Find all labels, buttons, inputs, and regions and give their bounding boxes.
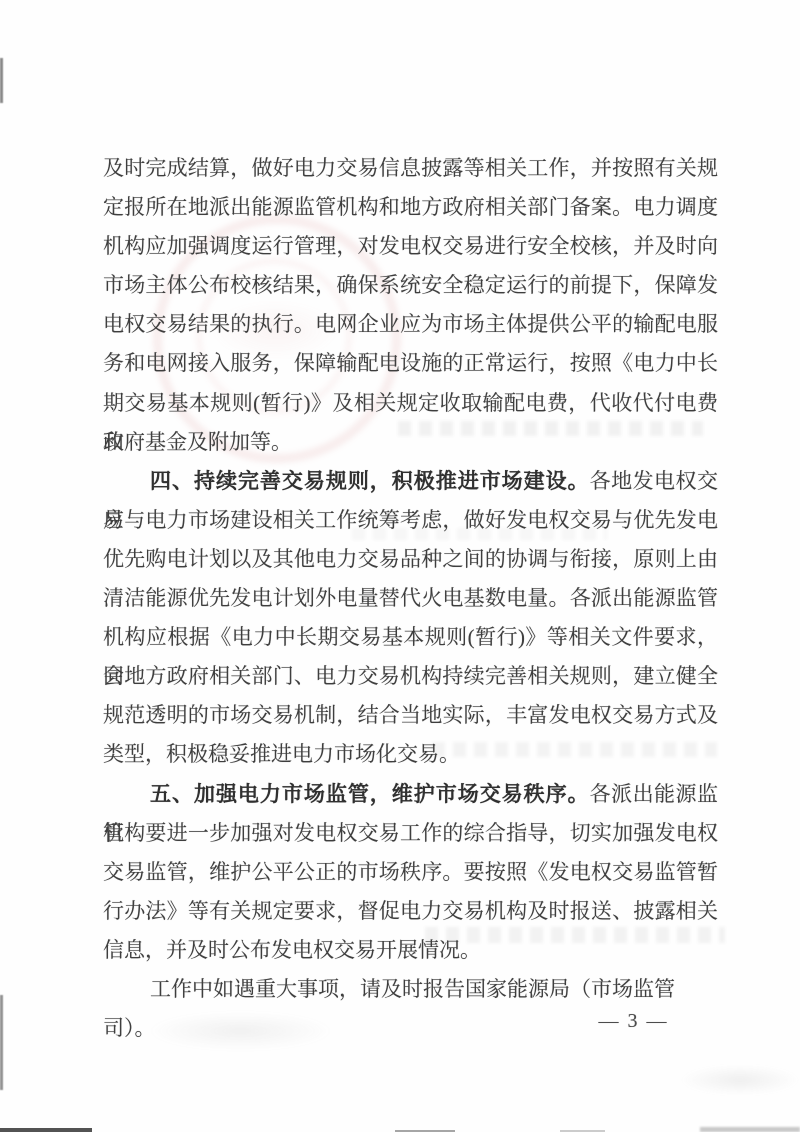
text-line: 及时完成结算，做好电力交易信息披露等相关工作，并按照有关规 [103,149,718,188]
section-heading-text: 五、加强电力市场监管，维护市场交易秩序。 [150,783,590,806]
text-line: 期交易基本规则(暂行)》及相关规定收取输配电费，代收代付电费和 [103,384,718,423]
text-line: 清洁能源优先发电计划外电量替代火电基数电量。各派出能源监管 [103,579,718,618]
body-text: 优先购电计划以及其他电力交易品种之间的协调与衔接，原则上由 [103,547,718,571]
section-heading-text: 四、持续完善交易规则，积极推进市场建设。 [150,470,590,493]
body-text: 务和电网接入服务，保障输配电设施的正常运行，按照《电力中长 [103,351,718,375]
body-text: 及时完成结算，做好电力交易信息披露等相关工作，并按照有关规 [103,156,718,180]
body-text: 同地方政府相关部门、电力交易机构持续完善相关规则，建立健全 [103,664,718,688]
scan-edge-artifact [0,1128,92,1132]
body-text: 交易监管，维护公平公正的市场秩序。要按照《发电权交易监管暂 [103,860,718,884]
text-line: 机构应根据《电力中长期交易基本规则(暂行)》等相关文件要求，会 [103,618,718,657]
scanned-document-page: 及时完成结算，做好电力交易信息披露等相关工作，并按照有关规定报所在地派出能源监管… [0,0,800,1132]
text-line: 务和电网接入服务，保障输配电设施的正常运行，按照《电力中长 [103,344,718,383]
scan-edge-artifact [680,1065,800,1095]
body-text: 政府基金及附加等。 [103,430,292,454]
body-text: 规范透明的市场交易机制，结合当地实际，丰富发电权交易方式及 [103,703,718,727]
text-line: 定报所在地派出能源监管机构和地方政府相关部门备案。电力调度 [103,188,718,227]
page-number: — 3 — [596,1010,671,1033]
scan-edge-artifact [700,1127,800,1132]
text-line: 工作中如遇重大事项，请及时报告国家能源局（市场监管司）。 [103,970,718,1009]
scan-edge-artifact [0,58,3,103]
body-text: 电权交易结果的执行。电网企业应为市场主体提供公平的输配电服 [103,312,718,336]
text-line: 同地方政府相关部门、电力交易机构持续完善相关规则，建立健全 [103,657,718,696]
body-text: 类型，积极稳妥推进电力市场化交易。 [103,742,460,766]
text-line: 四、持续完善交易规则，积极推进市场建设。各地发电权交易 [103,462,718,501]
text-line: 政府基金及附加等。 [103,423,718,462]
scan-edge-artifact [0,995,3,1090]
text-line: 行办法》等有关规定要求，督促电力交易机构及时报送、披露相关 [103,892,718,931]
text-line: 类型，积极稳妥推进电力市场化交易。 [103,735,718,774]
text-line: 规范透明的市场交易机制，结合当地实际，丰富发电权交易方式及 [103,696,718,735]
text-line: 信息，并及时公布发电权交易开展情况。 [103,931,718,970]
body-text: 机构要进一步加强对发电权交易工作的综合指导，切实加强发电权 [103,821,718,845]
text-line: 机构要进一步加强对发电权交易工作的综合指导，切实加强发电权 [103,814,718,853]
bleed-through-mark [148,1012,333,1050]
text-line: 五、加强电力市场监管，维护市场交易秩序。各派出能源监管 [103,775,718,814]
document-body: 及时完成结算，做好电力交易信息披露等相关工作，并按照有关规定报所在地派出能源监管… [103,149,718,1009]
text-line: 机构应加强调度运行管理，对发电权交易进行安全校核，并及时向 [103,227,718,266]
text-line: 优先购电计划以及其他电力交易品种之间的协调与衔接，原则上由 [103,540,718,579]
body-text: 信息，并及时公布发电权交易开展情况。 [103,938,481,962]
text-line: 电权交易结果的执行。电网企业应为市场主体提供公平的输配电服 [103,305,718,344]
body-text: 市场主体公布校核结果，确保系统安全稳定运行的前提下，保障发 [103,273,718,297]
text-line: 交易监管，维护公平公正的市场秩序。要按照《发电权交易监管暂 [103,853,718,892]
body-text: 机构应加强调度运行管理，对发电权交易进行安全校核，并及时向 [103,234,718,258]
body-text: 定报所在地派出能源监管机构和地方政府相关部门备案。电力调度 [103,195,718,219]
body-text: 清洁能源优先发电计划外电量替代火电基数电量。各派出能源监管 [103,586,718,610]
body-text: 应与电力市场建设相关工作统筹考虑，做好发电权交易与优先发电 [103,508,718,532]
text-line: 应与电力市场建设相关工作统筹考虑，做好发电权交易与优先发电 [103,501,718,540]
body-text: 行办法》等有关规定要求，督促电力交易机构及时报送、披露相关 [103,899,718,923]
text-line: 市场主体公布校核结果，确保系统安全稳定运行的前提下，保障发 [103,266,718,305]
